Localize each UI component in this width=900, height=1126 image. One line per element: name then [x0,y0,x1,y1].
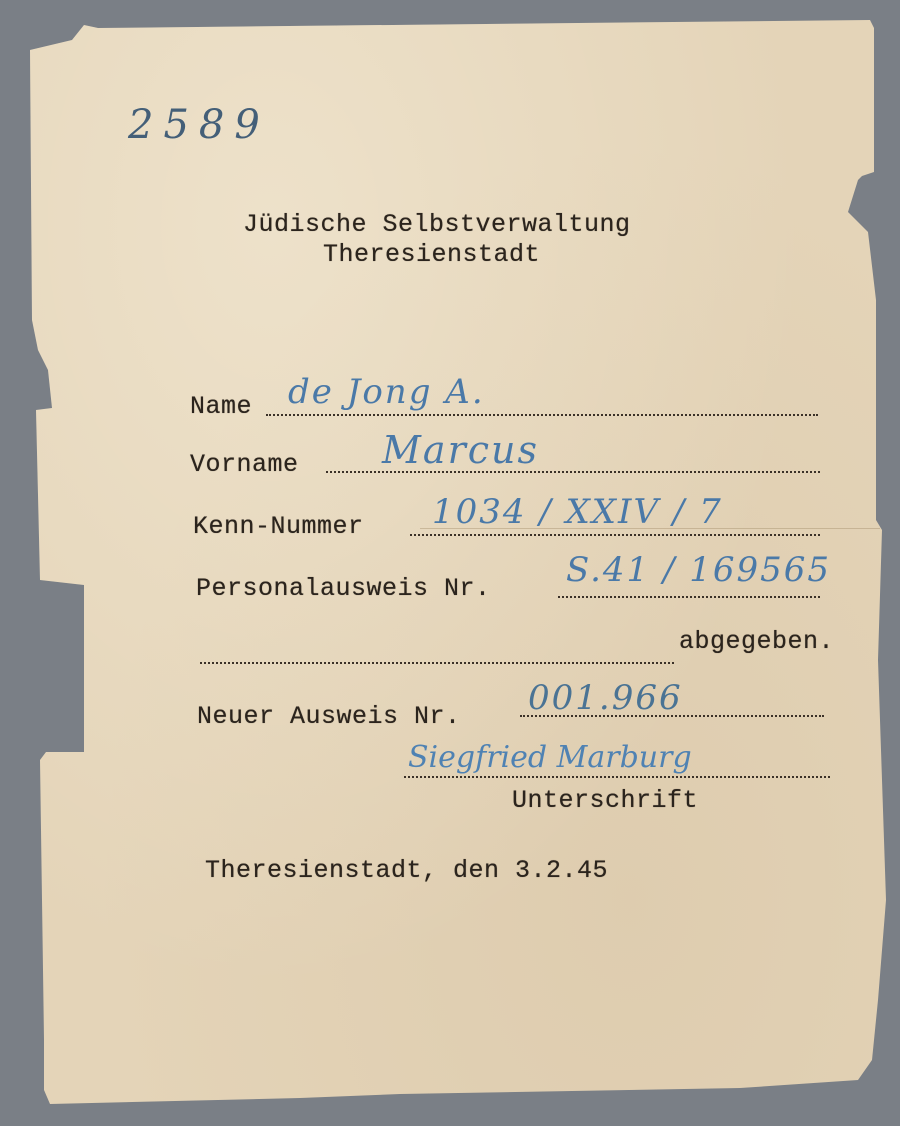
personalausweis-label: Personalausweis Nr. [196,574,491,603]
kenn-nummer-label: Kenn-Nummer [193,512,364,541]
personalausweis-line [558,596,820,598]
neuer-ausweis-label: Neuer Ausweis Nr. [197,702,461,731]
kenn-nummer-line [410,534,820,536]
name-value: de Jong A. [288,372,485,412]
signature-label: Unterschrift [512,786,698,815]
vorname-value: Marcus [382,428,539,472]
header-location: Theresienstadt [323,240,540,269]
personalausweis-value: S.41 / 169565 [566,550,831,590]
archive-number: 2589 [128,102,270,148]
signature-line [404,776,830,778]
name-line [266,414,818,416]
abgegeben-label: abgegeben. [679,627,834,656]
abgegeben-line [200,662,674,664]
header-organization: Jüdische Selbstverwaltung [243,210,631,239]
signature: Siegfried Marburg [408,740,692,775]
kenn-nummer-value: 1034 / XXIV / 7 [432,492,723,532]
neuer-ausweis-value: 001.966 [528,678,683,718]
place-date: Theresienstadt, den 3.2.45 [205,856,608,885]
vorname-label: Vorname [190,450,299,479]
name-label: Name [190,392,252,421]
